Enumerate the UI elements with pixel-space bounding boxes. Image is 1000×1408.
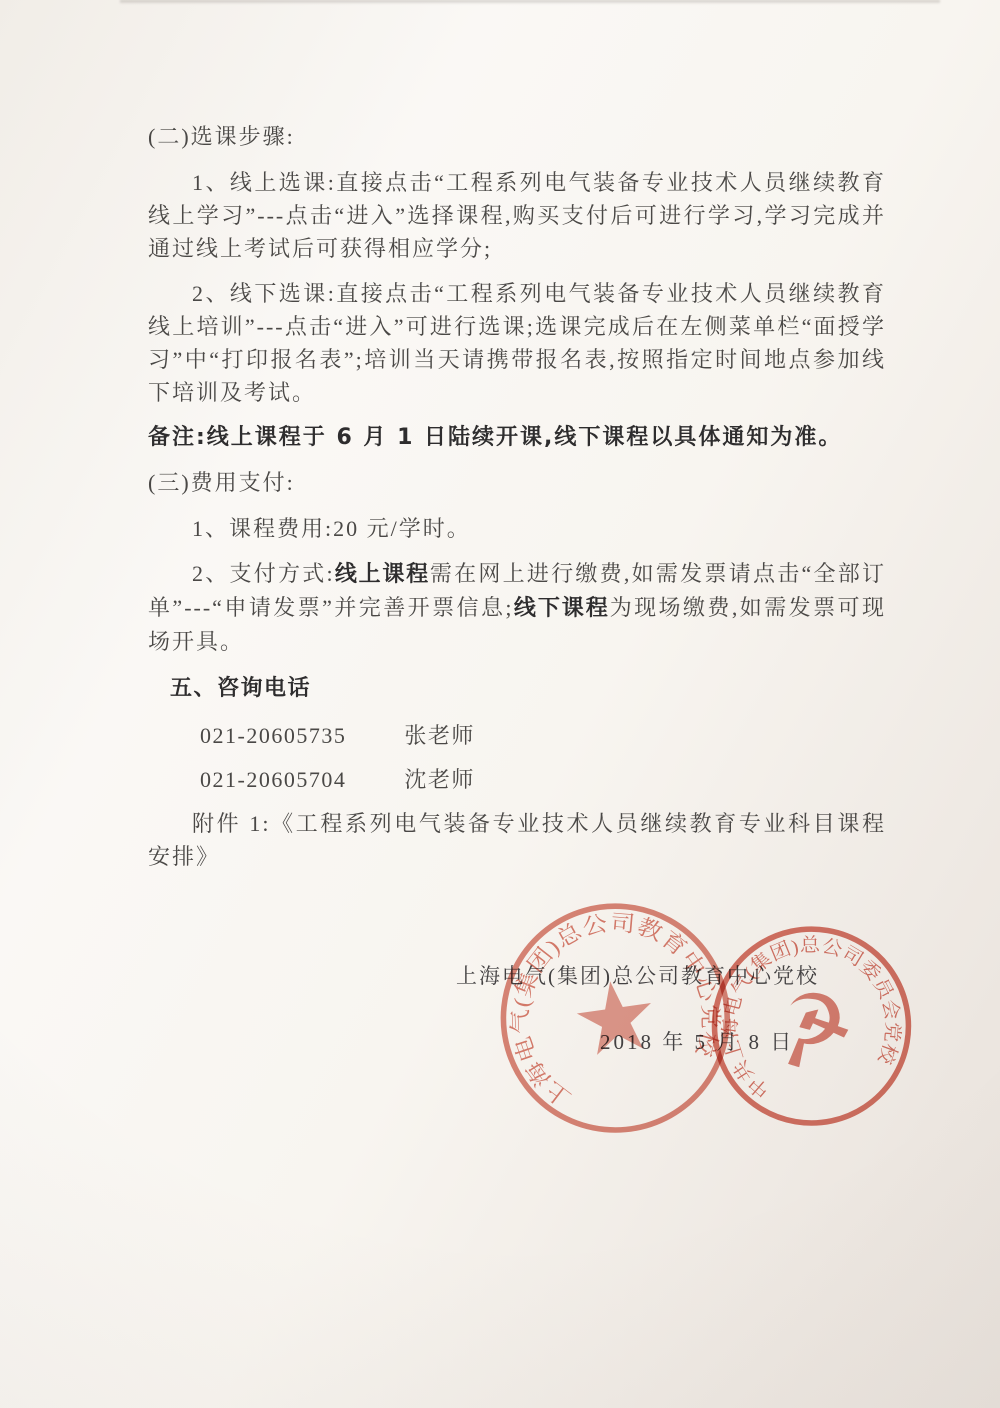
payment-text-1: 2、支付方式: bbox=[192, 561, 335, 586]
section-heading-fee: (三)费用支付: bbox=[148, 466, 886, 499]
phone-number: 021-20605704 bbox=[200, 763, 346, 796]
section-heading-contact: 五、咨询电话 bbox=[148, 672, 886, 705]
scanned-document-page: (二)选课步骤: 1、线上选课:直接点击“工程系列电气装备专业技术人员继续教育线… bbox=[0, 0, 1000, 1408]
signature-block: 上海电气(集团)总公司教育中心党校 2018 年 5 月 8 日 bbox=[148, 960, 888, 1059]
signature-date: 2018 年 5 月 8 日 bbox=[148, 1026, 888, 1059]
contact-person: 张老师 bbox=[404, 723, 475, 748]
contact-person: 沈老师 bbox=[404, 767, 475, 792]
note-line: 备注:线上课程于 6 月 1 日陆续开课,线下课程以具体通知为准。 bbox=[148, 421, 886, 454]
phone-entry: 021-20605704沈老师 bbox=[148, 763, 886, 796]
paragraph-online-selection: 1、线上选课:直接点击“工程系列电气装备专业技术人员继续教育线上学习”---点击… bbox=[148, 166, 886, 265]
paragraph-offline-selection: 2、线下选课:直接点击“工程系列电气装备专业技术人员继续教育线上培训”---点击… bbox=[148, 277, 886, 409]
paragraph-payment-method: 2、支付方式:线上课程需在网上进行缴费,如需发票请点击“全部订单”---“申请发… bbox=[148, 557, 886, 658]
attachment-line: 附件 1:《工程系列电气装备专业技术人员继续教育专业科目课程安排》 bbox=[148, 807, 886, 873]
document-body: (二)选课步骤: 1、线上选课:直接点击“工程系列电气装备专业技术人员继续教育线… bbox=[148, 120, 886, 885]
signature-organization: 上海电气(集团)总公司教育中心党校 bbox=[148, 960, 888, 993]
paragraph-course-fee: 1、课程费用:20 元/学时。 bbox=[148, 512, 886, 545]
payment-offline-bold: 线下课程 bbox=[514, 596, 610, 621]
section-heading-course-steps: (二)选课步骤: bbox=[148, 120, 886, 153]
payment-online-bold: 线上课程 bbox=[335, 562, 430, 587]
phone-number: 021-20605735 bbox=[200, 719, 346, 752]
phone-entry: 021-20605735张老师 bbox=[148, 719, 886, 752]
